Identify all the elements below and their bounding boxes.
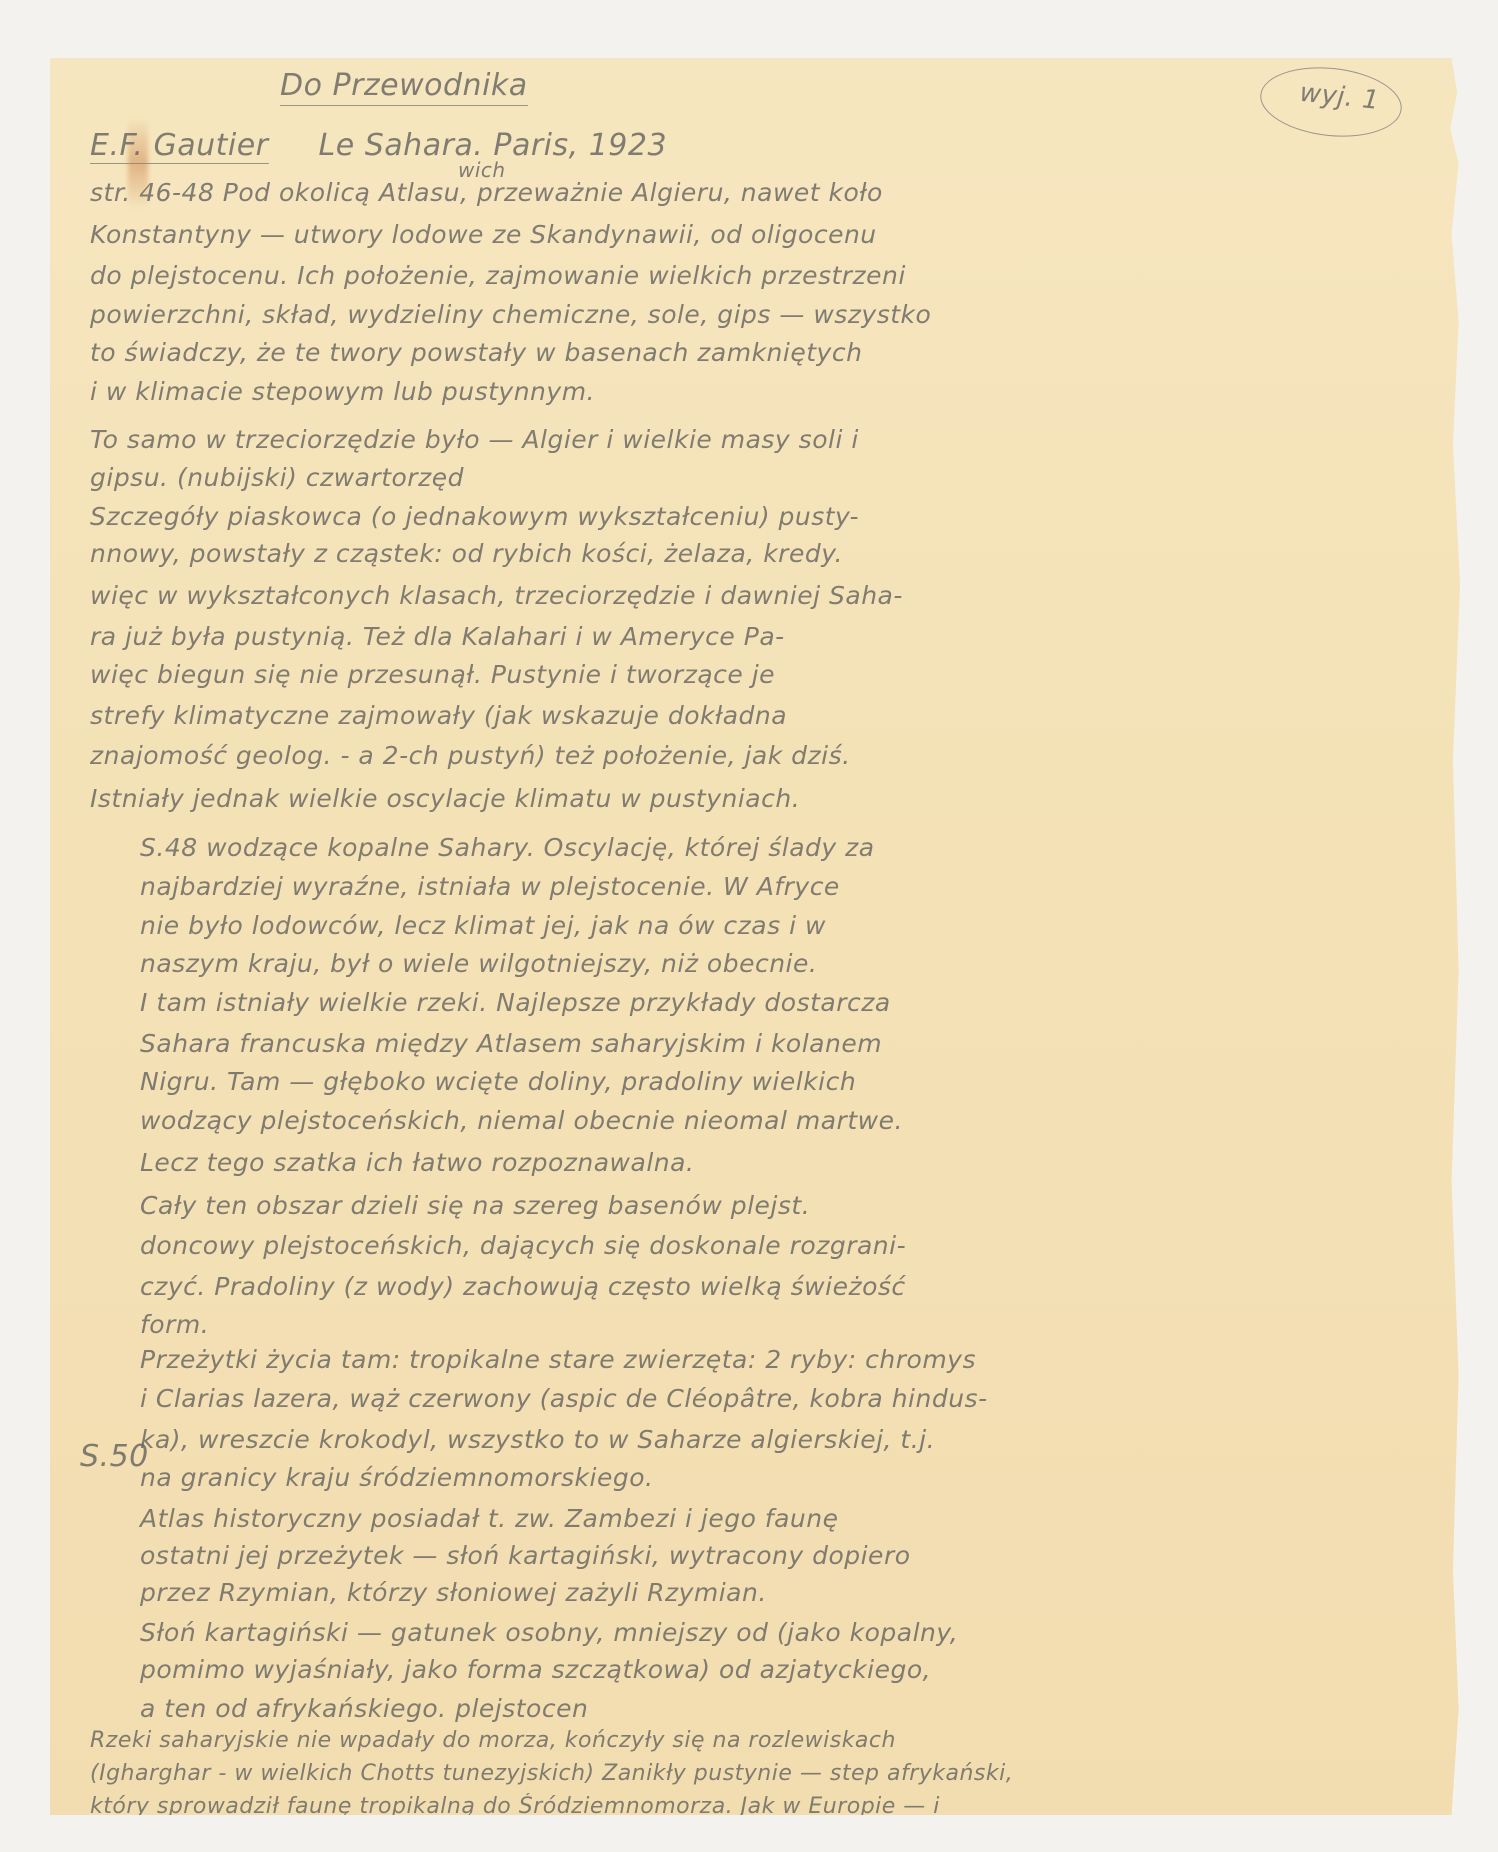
manuscript-line: pomimo wyjaśniały, jako forma szczątkowa… [140,1655,931,1684]
author-name: E.F. Gautier [90,128,269,164]
manuscript-line: I tam istniały wielkie rzeki. Najlepsze … [140,988,891,1017]
manuscript-line: S.48 wodzące kopalne Sahary. Oscylację, … [140,833,875,862]
manuscript-line: doncowy plejstoceńskich, dających się do… [140,1231,906,1260]
manuscript-line: znajomość geolog. - a 2-ch pustyń) też p… [90,741,851,770]
manuscript-line: Nigru. Tam — głęboko wcięte doliny, prad… [140,1067,856,1096]
manuscript-line: nie było lodowców, lecz klimat jej, jak … [140,911,826,940]
manuscript-line: do plejstocenu. Ich położenie, zajmowani… [90,261,906,290]
manuscript-line: Szczegóły piaskowca (o jednakowym wykszt… [90,502,859,531]
manuscript-line: Sahara francuska między Atlasem saharyjs… [140,1029,882,1058]
manuscript-line: i Clarias lazera, wąż czerwony (aspic de… [140,1384,988,1413]
manuscript-line: form. [140,1310,209,1339]
manuscript-line: ra już była pustynią. Też dla Kalahari i… [90,622,785,651]
page-title: Do Przewodnika [280,68,528,106]
folio-mark: wyj. 1 [1257,61,1405,143]
margin-page-reference: S.50 [80,1439,149,1474]
manuscript-line: Słoń kartagiński — gatunek osobny, mniej… [140,1618,958,1647]
manuscript-line: więc biegun się nie przesunął. Pustynie … [90,660,775,689]
manuscript-line: wodzący plejstoceńskich, niemal obecnie … [140,1106,903,1135]
manuscript-line: strefy klimatyczne zajmowały (jak wskazu… [90,701,787,730]
manuscript-line: Przeżytki życia tam: tropikalne stare zw… [140,1345,976,1374]
manuscript-line: czyć. Pradoliny (z wody) zachowują częst… [140,1272,906,1301]
manuscript-line: (Igharghar - w wielkich Chotts tunezyjsk… [90,1761,1013,1786]
manuscript-line: str. 46-48 Pod okolicą Atlasu, przeważni… [90,178,883,207]
manuscript-line: Atlas historyczny posiadał t. zw. Zambez… [140,1504,839,1533]
manuscript-line: Konstantyny — utwory lodowe ze Skandynaw… [90,220,877,249]
manuscript-line: To samo w trzeciorzędzie było — Algier i… [90,425,859,454]
manuscript-line: ka), wreszcie krokodyl, wszystko to w Sa… [140,1425,935,1454]
manuscript-line: nnowy, powstały z cząstek: od rybich koś… [90,539,843,568]
manuscript-line: to świadczy, że te twory powstały w base… [90,338,862,367]
manuscript-line: który sprowadził faunę tropikalną do Śró… [90,1794,940,1819]
manuscript-line: i w klimacie stepowym lub pustynnym. [90,377,595,406]
manuscript-line: powierzchni, skład, wydzieliny chemiczne… [90,300,931,329]
manuscript-line: na granicy kraju śródziemnomorskiego. [140,1463,653,1492]
manuscript-line: Lecz tego szatka ich łatwo rozpoznawalna… [140,1148,694,1177]
manuscript-line: gipsu. (nubijski) czwartorzęd [90,463,464,492]
folio-label: wyj. 1 [1298,78,1381,116]
manuscript-line: a ten od afrykańskiego. plejstocen [140,1694,588,1723]
manuscript-line: najbardziej wyraźne, istniała w plejstoc… [140,872,840,901]
manuscript-line: Rzeki saharyjskie nie wpadały do morza, … [90,1728,896,1753]
manuscript-page: Do Przewodnika wyj. 1 E.F. Gautier Le Sa… [50,58,1460,1815]
manuscript-line: przez Rzymian, którzy słoniowej zażyli R… [140,1578,767,1607]
manuscript-line: naszym kraju, był o wiele wilgotniejszy,… [140,949,817,978]
manuscript-line: Istniały jednak wielkie oscylacje klimat… [90,784,800,813]
manuscript-line: Cały ten obszar dzieli się na szereg bas… [140,1191,810,1220]
manuscript-line: więc w wykształconych klasach, trzeciorz… [90,581,903,610]
manuscript-line: ostatni jej przeżytek — słoń kartagiński… [140,1541,911,1570]
source-citation: E.F. Gautier Le Sahara. Paris, 1923 [90,128,667,163]
